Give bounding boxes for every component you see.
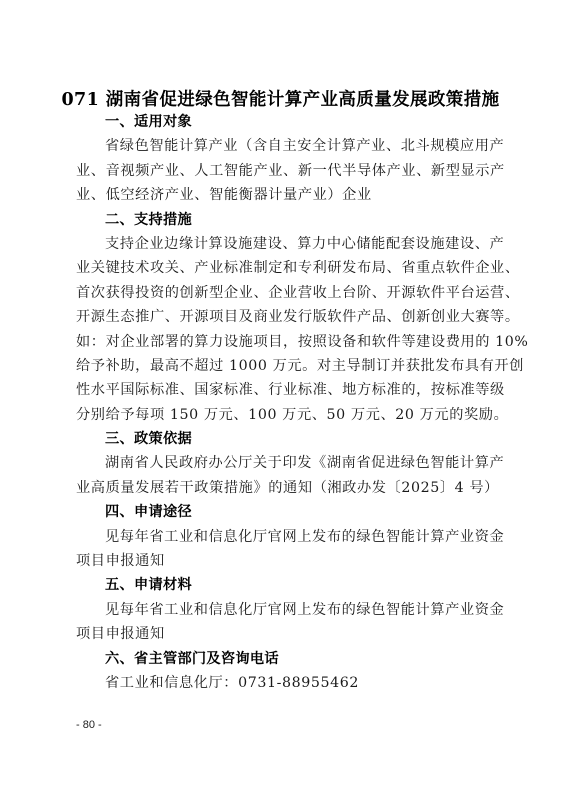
paragraph-line: 见每年省工业和信息化厅官网上发布的绿色智能计算产业资金 [76,525,486,549]
paragraph-line: 支持企业边缘计算设施建设、算力中心储能配套设施建设、产 [76,232,486,256]
paragraph-line: 项目申报通知 [76,622,486,646]
paragraph-line: 湖南省人民政府办公厅关于印发《湖南省促进绿色智能计算产 [76,451,486,475]
section-heading-department-contact: 六、省主管部门及咨询电话 [76,647,486,671]
document-page: 071 湖南省促进绿色智能计算产业高质量发展政策措施 一、适用对象 省绿色智能计… [0,0,561,793]
paragraph-line: 给予补助，最高不超过 1000 万元。对主导制订并获批发布具有开创 [76,354,486,378]
document-body: 一、适用对象 省绿色智能计算产业（含自主安全计算产业、北斗规模应用产 业、音视频… [76,110,486,695]
section-heading-policy-basis: 三、政策依据 [76,427,486,451]
paragraph-line: 分别给予每项 150 万元、100 万元、50 万元、20 万元的奖励。 [76,403,486,427]
section-heading-application-materials: 五、申请材料 [76,573,486,597]
section-heading-application-channel: 四、申请途径 [76,500,486,524]
paragraph-line: 业、音视频产业、人工智能产业、新一代半导体产业、新型显示产 [76,159,486,183]
paragraph-line: 业、低空经济产业、智能衡器计量产业）企业 [76,183,486,207]
paragraph-line: 业关键技术攻关、产业标准制定和专利研发布局、省重点软件企业、 [76,256,486,280]
paragraph-line: 业高质量发展若干政策措施》的通知（湘政办发〔2025〕4 号） [76,476,486,500]
section-heading-support-measures: 二、支持措施 [76,208,486,232]
section-heading-applicable-objects: 一、适用对象 [76,110,486,134]
document-title: 071 湖南省促进绿色智能计算产业高质量发展政策措施 [0,86,561,111]
paragraph-line: 省绿色智能计算产业（含自主安全计算产业、北斗规模应用产 [76,134,486,158]
paragraph-line: 性水平国际标准、国家标准、行业标准、地方标准的，按标准等级 [76,378,486,402]
paragraph-line: 项目申报通知 [76,549,486,573]
paragraph-line: 如：对企业部署的算力设施项目，按照设备和软件等建设费用的 10% [76,330,486,354]
contact-phone-line: 省工业和信息化厅：0731-88955462 [76,671,486,695]
paragraph-line: 开源生态推广、开源项目及商业发行版软件产品、创新创业大赛等。 [76,305,486,329]
page-number: - 80 - [76,719,102,731]
paragraph-line: 首次获得投资的创新型企业、企业营收上台阶、开源软件平台运营、 [76,281,486,305]
paragraph-line: 见每年省工业和信息化厅官网上发布的绿色智能计算产业资金 [76,598,486,622]
